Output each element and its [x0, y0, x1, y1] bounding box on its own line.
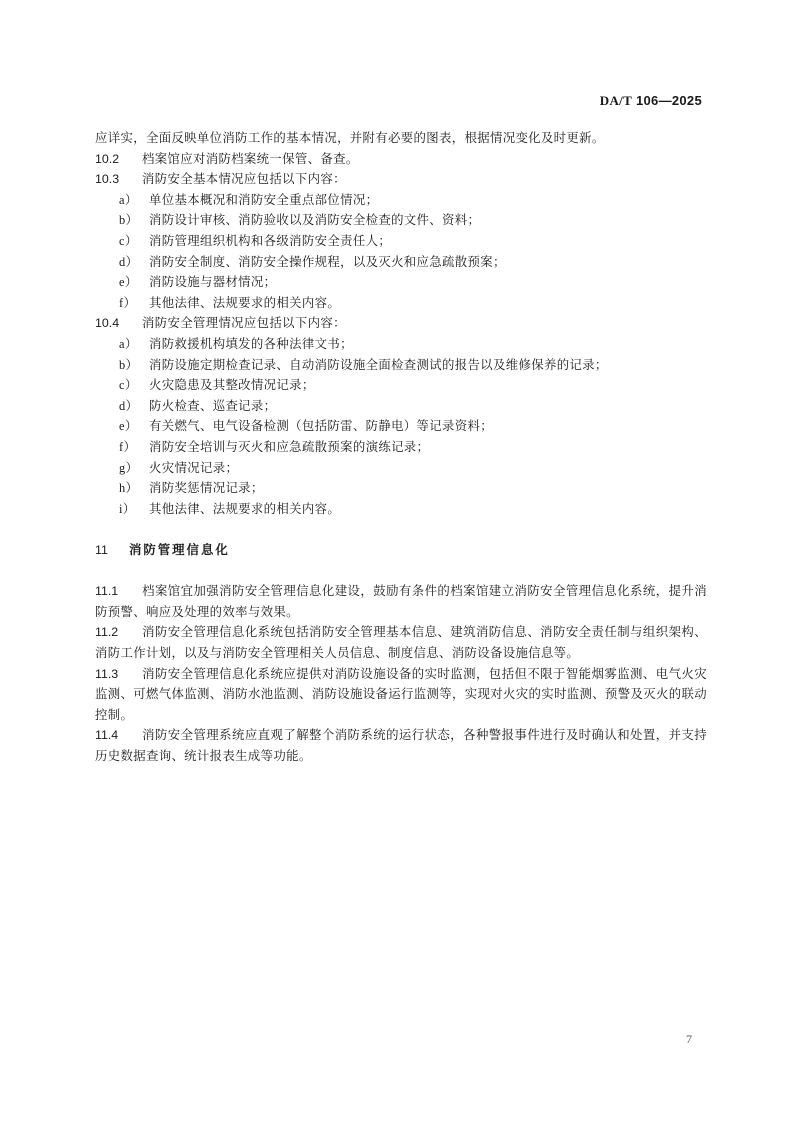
list-label: e） — [119, 416, 149, 437]
list-item: c）消防管理组织机构和各级消防安全责任人； — [95, 231, 707, 252]
clause-text: 消防安全管理系统应直观了解整个消防系统的运行状态，各种警报事件进行及时确认和处置… — [95, 727, 707, 763]
list-text: 其他法律、法规要求的相关内容。 — [149, 501, 340, 516]
list-label: g） — [119, 458, 149, 479]
clause-number: 11.2 — [95, 622, 142, 643]
list-item: a）单位基本概况和消防安全重点部位情况； — [95, 190, 707, 211]
list-text: 消防设计审核、消防验收以及消防安全检查的文件、资料； — [149, 212, 480, 227]
list-item: g）火灾情况记录； — [95, 458, 707, 479]
clause-10-3: 10.3消防安全基本情况应包括以下内容： — [95, 169, 707, 190]
list-item: b）消防设施定期检查记录、自动消防设施全面检查测试的报告以及维修保养的记录； — [95, 355, 707, 376]
list-label: e） — [119, 272, 149, 293]
chapter-number: 11 — [95, 540, 129, 560]
clause-11-2: 11.2消防安全管理信息化系统包括消防安全管理基本信息、建筑消防信息、消防安全责… — [95, 622, 707, 663]
list-text: 有关燃气、电气设备检测（包括防雷、防静电）等记录资料； — [149, 418, 493, 433]
list-label: i） — [119, 499, 149, 520]
list-label: f） — [119, 293, 149, 314]
clause-number: 10.4 — [95, 313, 142, 334]
clause-11-1: 11.1档案馆宜加强消防安全管理信息化建设，鼓励有条件的档案馆建立消防安全管理信… — [95, 581, 707, 622]
clause-number: 11.1 — [95, 581, 142, 602]
list-item: d）消防安全制度、消防安全操作规程，以及灭火和应急疏散预案； — [95, 252, 707, 273]
list-label: c） — [119, 231, 149, 252]
clause-text: 档案馆应对消防档案统一保管、备查。 — [142, 151, 359, 166]
list-text: 消防管理组织机构和各级消防安全责任人； — [149, 233, 391, 248]
list-label: h） — [119, 478, 149, 499]
clause-10-2: 10.2档案馆应对消防档案统一保管、备查。 — [95, 149, 707, 170]
list-item: d）防火检查、巡查记录； — [95, 396, 707, 417]
list-text: 火灾隐患及其整改情况记录； — [149, 377, 315, 392]
list-label: d） — [119, 396, 149, 417]
page-number: 7 — [686, 1032, 692, 1047]
continuation-text: 应详实，全面反映单位消防工作的基本情况，并附有必要的图表，根据情况变化及时更新。 — [95, 128, 707, 149]
list-item: h）消防奖惩情况记录； — [95, 478, 707, 499]
clause-text: 消防安全管理信息化系统应提供对消防设施设备的实时监测，包括但不限于智能烟雾监测、… — [95, 666, 707, 722]
clause-number: 11.3 — [95, 664, 142, 685]
list-item: e）有关燃气、电气设备检测（包括防雷、防静电）等记录资料； — [95, 416, 707, 437]
list-label: d） — [119, 252, 149, 273]
list-item: f）消防安全培训与灭火和应急疏散预案的演练记录； — [95, 437, 707, 458]
list-label: b） — [119, 355, 149, 376]
list-text: 防火检查、巡查记录； — [149, 398, 276, 413]
clause-11-3: 11.3消防安全管理信息化系统应提供对消防设施设备的实时监测，包括但不限于智能烟… — [95, 664, 707, 726]
clause-10-4-list: a）消防救援机构填发的各种法律文书； b）消防设施定期检查记录、自动消防设施全面… — [95, 334, 707, 519]
clause-number: 10.3 — [95, 169, 142, 190]
list-text: 其他法律、法规要求的相关内容。 — [149, 295, 340, 310]
list-text: 消防奖惩情况记录； — [149, 480, 264, 495]
clause-text: 消防安全基本情况应包括以下内容： — [142, 171, 346, 186]
list-text: 消防设施定期检查记录、自动消防设施全面检查测试的报告以及维修保养的记录； — [149, 357, 608, 372]
list-label: a） — [119, 334, 149, 355]
list-item: f）其他法律、法规要求的相关内容。 — [95, 293, 707, 314]
list-label: a） — [119, 190, 149, 211]
list-label: f） — [119, 437, 149, 458]
list-item: e）消防设施与器材情况； — [95, 272, 707, 293]
chapter-heading: 11消防管理信息化 — [95, 540, 707, 560]
clause-number: 11.4 — [95, 725, 142, 746]
list-item: c）火灾隐患及其整改情况记录； — [95, 375, 707, 396]
list-text: 单位基本概况和消防安全重点部位情况； — [149, 192, 378, 207]
clause-text: 档案馆宜加强消防安全管理信息化建设，鼓励有条件的档案馆建立消防安全管理信息化系统… — [95, 583, 707, 619]
list-item: i）其他法律、法规要求的相关内容。 — [95, 499, 707, 520]
clause-text: 消防安全管理情况应包括以下内容： — [142, 315, 346, 330]
document-body: 应详实，全面反映单位消防工作的基本情况，并附有必要的图表，根据情况变化及时更新。… — [95, 128, 707, 767]
list-label: c） — [119, 375, 149, 396]
clause-11-4: 11.4消防安全管理系统应直观了解整个消防系统的运行状态，各种警报事件进行及时确… — [95, 725, 707, 766]
list-text: 消防设施与器材情况； — [149, 274, 276, 289]
chapter-title: 消防管理信息化 — [129, 542, 230, 557]
standard-prefix: DA/T — [600, 93, 632, 108]
clause-number: 10.2 — [95, 149, 142, 170]
list-text: 消防安全培训与灭火和应急疏散预案的演练记录； — [149, 439, 429, 454]
list-text: 消防救援机构填发的各种法律文书； — [149, 336, 353, 351]
list-label: b） — [119, 210, 149, 231]
clause-10-3-list: a）单位基本概况和消防安全重点部位情况； b）消防设计审核、消防验收以及消防安全… — [95, 190, 707, 314]
clause-text: 消防安全管理信息化系统包括消防安全管理基本信息、建筑消防信息、消防安全责任制与组… — [95, 624, 707, 660]
clause-10-4: 10.4消防安全管理情况应包括以下内容： — [95, 313, 707, 334]
list-item: a）消防救援机构填发的各种法律文书； — [95, 334, 707, 355]
list-text: 火灾情况记录； — [149, 460, 238, 475]
standard-number: 106—2025 — [636, 93, 702, 108]
list-text: 消防安全制度、消防安全操作规程，以及灭火和应急疏散预案； — [149, 254, 506, 269]
standard-code-header: DA/T 106—2025 — [600, 93, 702, 109]
list-item: b）消防设计审核、消防验收以及消防安全检查的文件、资料； — [95, 210, 707, 231]
